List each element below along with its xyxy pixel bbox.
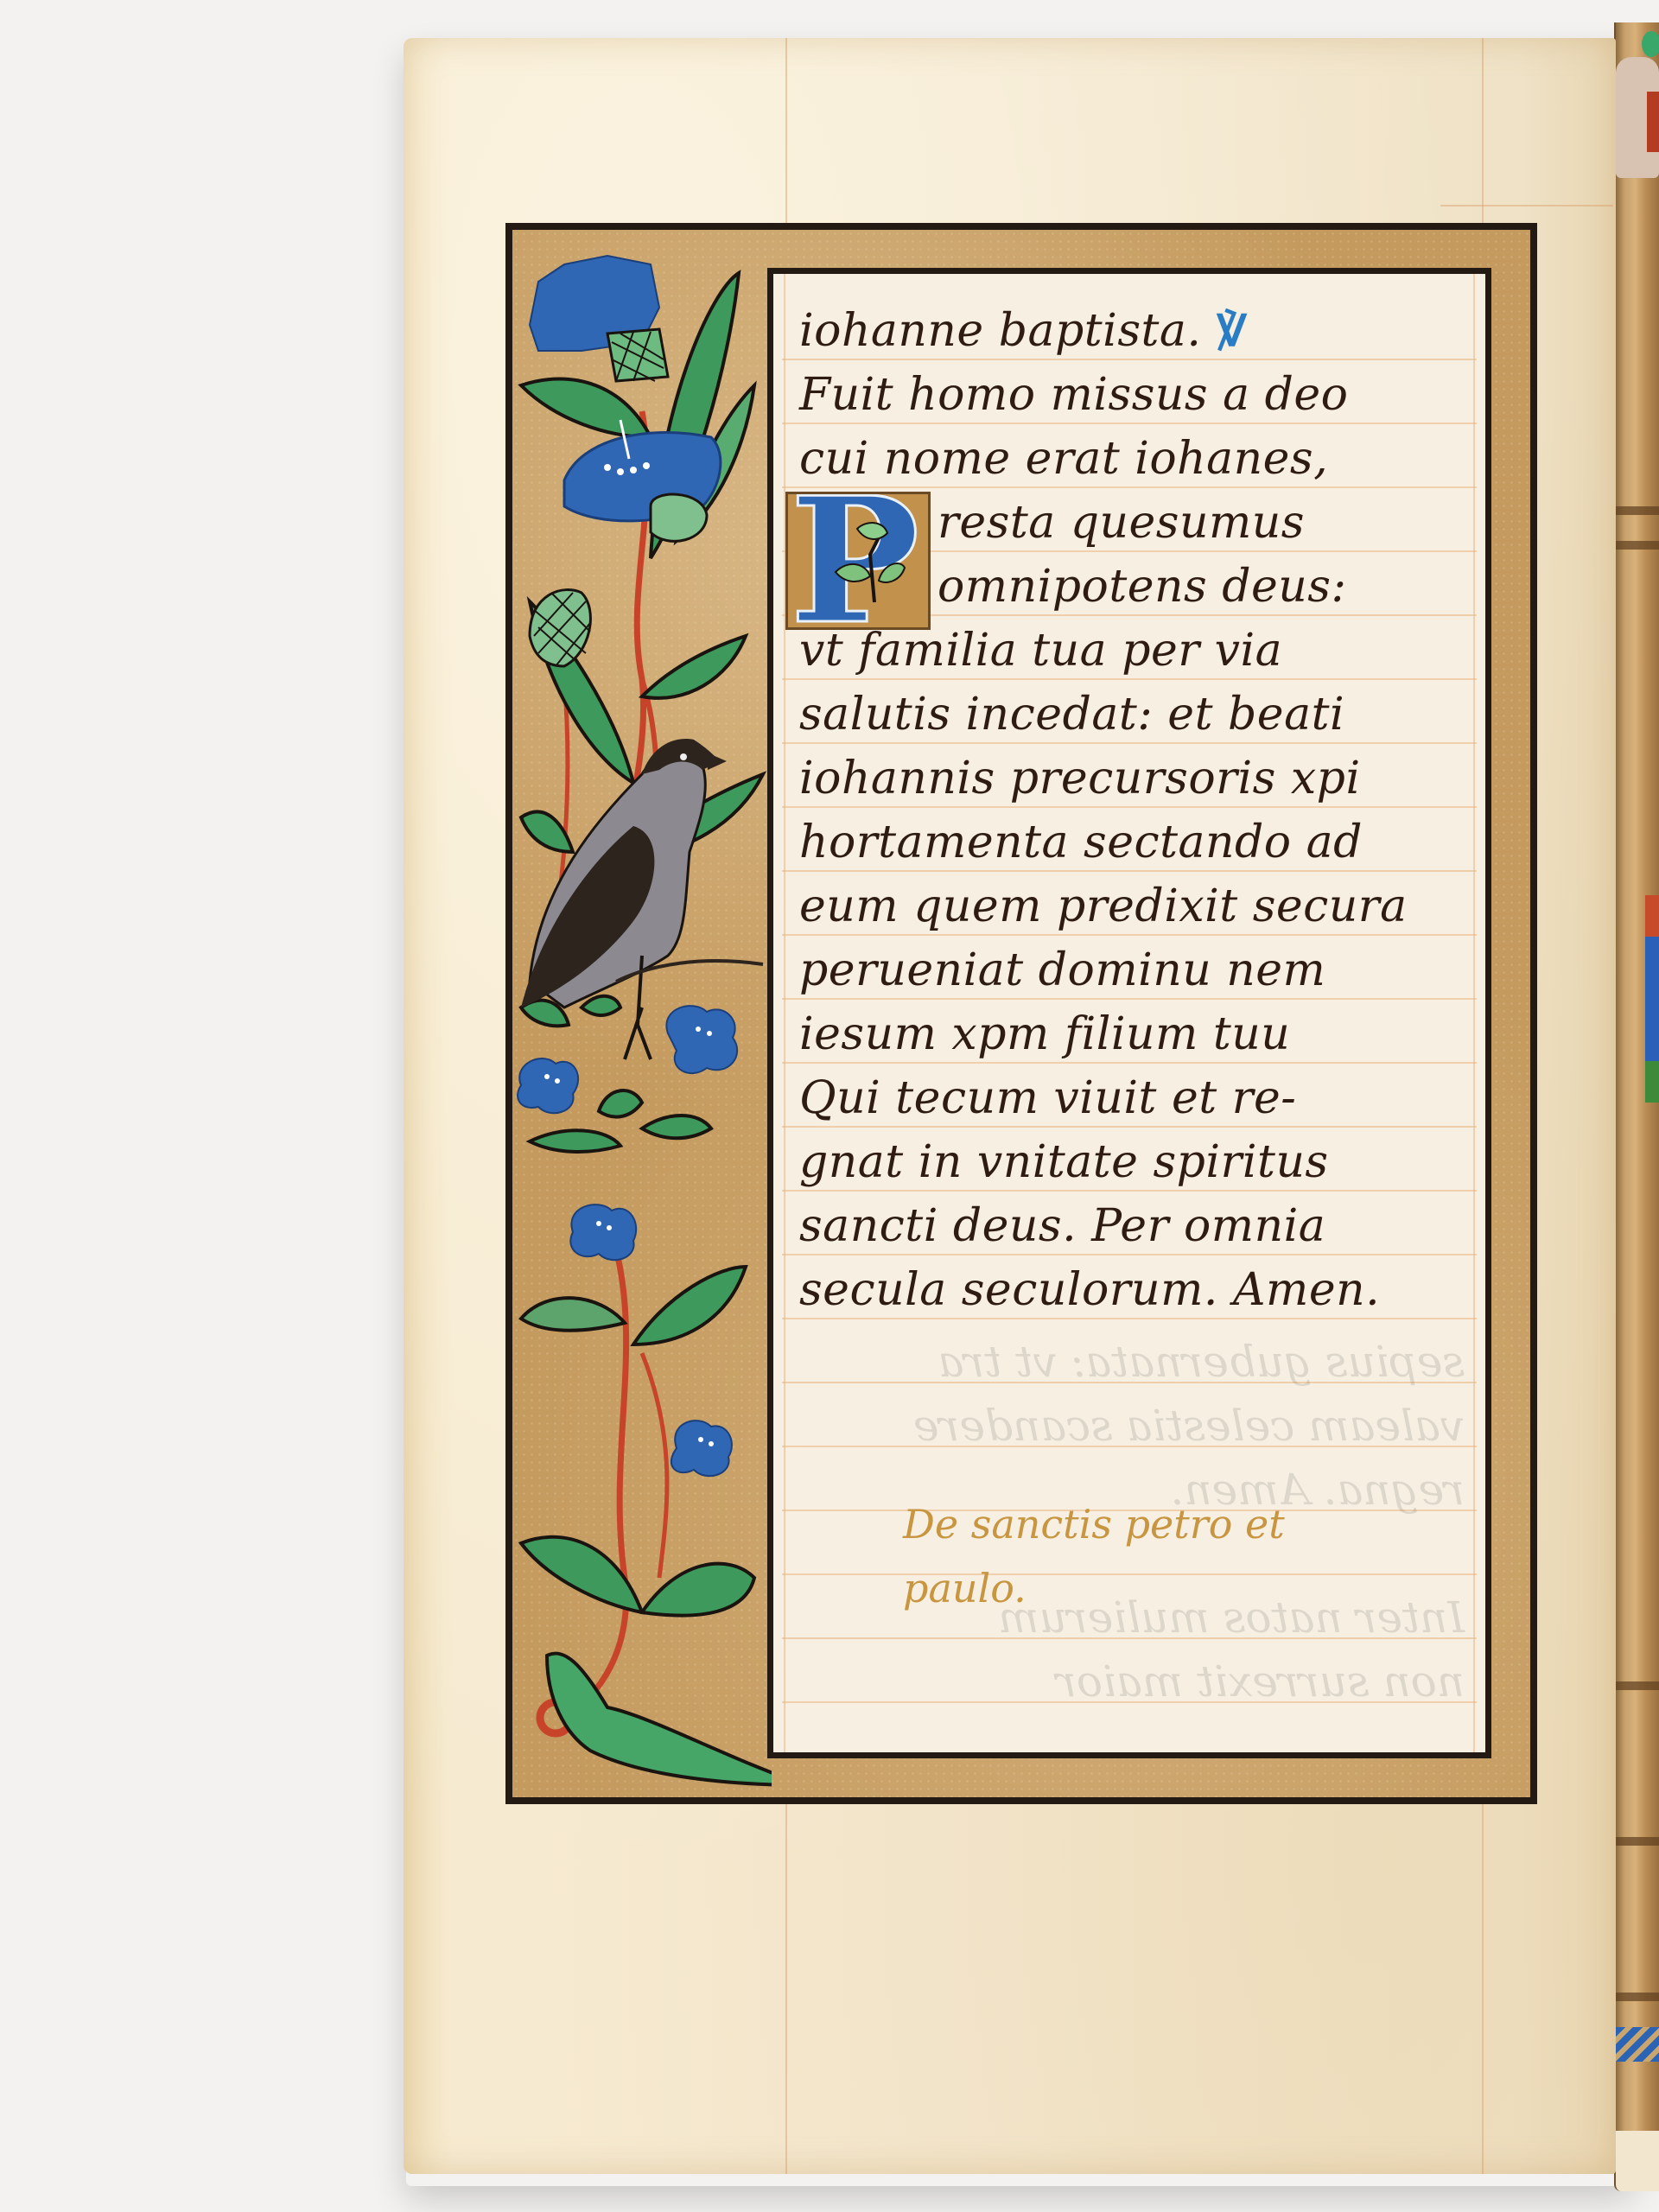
text-line: Qui tecum viuit et re- [799, 1076, 1296, 1121]
leaf-icon [1642, 31, 1659, 57]
text-line: iohanne baptista.℣ [799, 308, 1247, 353]
ruling-line [1440, 205, 1613, 207]
border-illumination [512, 230, 772, 1797]
ruling-line [782, 423, 1477, 424]
text-line: hortamenta sectando ad [799, 820, 1363, 865]
facing-page-edge [1614, 22, 1659, 2191]
manuscript-page: sepius gubernata: vt tra valeam celestia… [404, 38, 1616, 2174]
ruling-line [782, 1318, 1477, 1319]
column-ring [1616, 1681, 1659, 1690]
rubric-heading: De sanctis petro et [903, 1501, 1285, 1548]
show-through-text: sepius gubernata: vt tra [799, 1337, 1465, 1387]
ruling-line [782, 870, 1477, 872]
ruling-line [782, 806, 1477, 808]
text-line-content: iohanne baptista. [799, 305, 1201, 357]
ruling-line [782, 1062, 1477, 1064]
ruling-line [782, 1573, 1477, 1575]
ruling-line [782, 1254, 1477, 1255]
text-line: iesum xpm filium tuu [799, 1012, 1290, 1057]
ruling-line [1473, 274, 1475, 1752]
ruling-line [782, 1190, 1477, 1192]
flower-icon [518, 1006, 737, 1476]
show-through-text: valeam celestia scandere [799, 1401, 1465, 1451]
column-base-ornament [1616, 2027, 1659, 2062]
show-through-text: non surrexit maior [799, 1656, 1465, 1707]
text-line: vt familia tua per via [799, 628, 1282, 673]
text-panel: sepius gubernata: vt tra valeam celestia… [767, 268, 1491, 1758]
ruling-line [782, 998, 1477, 1000]
red-panel [1647, 92, 1659, 152]
column-ring [1616, 541, 1659, 550]
ruling-line [782, 486, 1477, 488]
ruling-line [782, 678, 1477, 680]
ruling-line [782, 359, 1477, 360]
rubric-heading: paulo. [903, 1565, 1027, 1611]
column-ring [1616, 1993, 1659, 2001]
bud-icon [530, 590, 590, 666]
column-ring [1616, 1837, 1659, 1846]
floral-border [512, 230, 772, 1797]
text-line: perueniat dominu nem [799, 948, 1325, 993]
leaf-icon [521, 1090, 772, 1785]
text-line: gnat in vnitate spiritus [799, 1140, 1329, 1185]
flower-icon [530, 256, 668, 381]
ruling-line [782, 934, 1477, 936]
column-ring [1616, 506, 1659, 515]
text-line: eum quem predixit secura [799, 884, 1408, 929]
text-line: secula seculorum. Amen. [799, 1268, 1380, 1313]
text-line: sancti deus. Per omnia [799, 1204, 1325, 1249]
page-margin [1616, 2131, 1659, 2191]
text-line: omnipotens deus: [938, 564, 1346, 609]
text-line: Fuit homo missus a deo [799, 372, 1348, 417]
ruling-line [782, 1126, 1477, 1128]
miniature-figure [1645, 895, 1659, 1103]
text-line: resta quesumus [938, 500, 1305, 545]
decorated-initial: P [785, 492, 931, 630]
text-line: cui nome erat iohanes, [799, 436, 1328, 481]
versicle-icon: ℣ [1217, 305, 1247, 356]
show-through-text: Inter natos mulierum [799, 1592, 1465, 1643]
text-line: salutis incedat: et beati [799, 692, 1344, 737]
text-line: iohannis precursoris xpi [799, 756, 1361, 801]
ruling-line [782, 742, 1477, 744]
sprig-icon [831, 520, 909, 607]
